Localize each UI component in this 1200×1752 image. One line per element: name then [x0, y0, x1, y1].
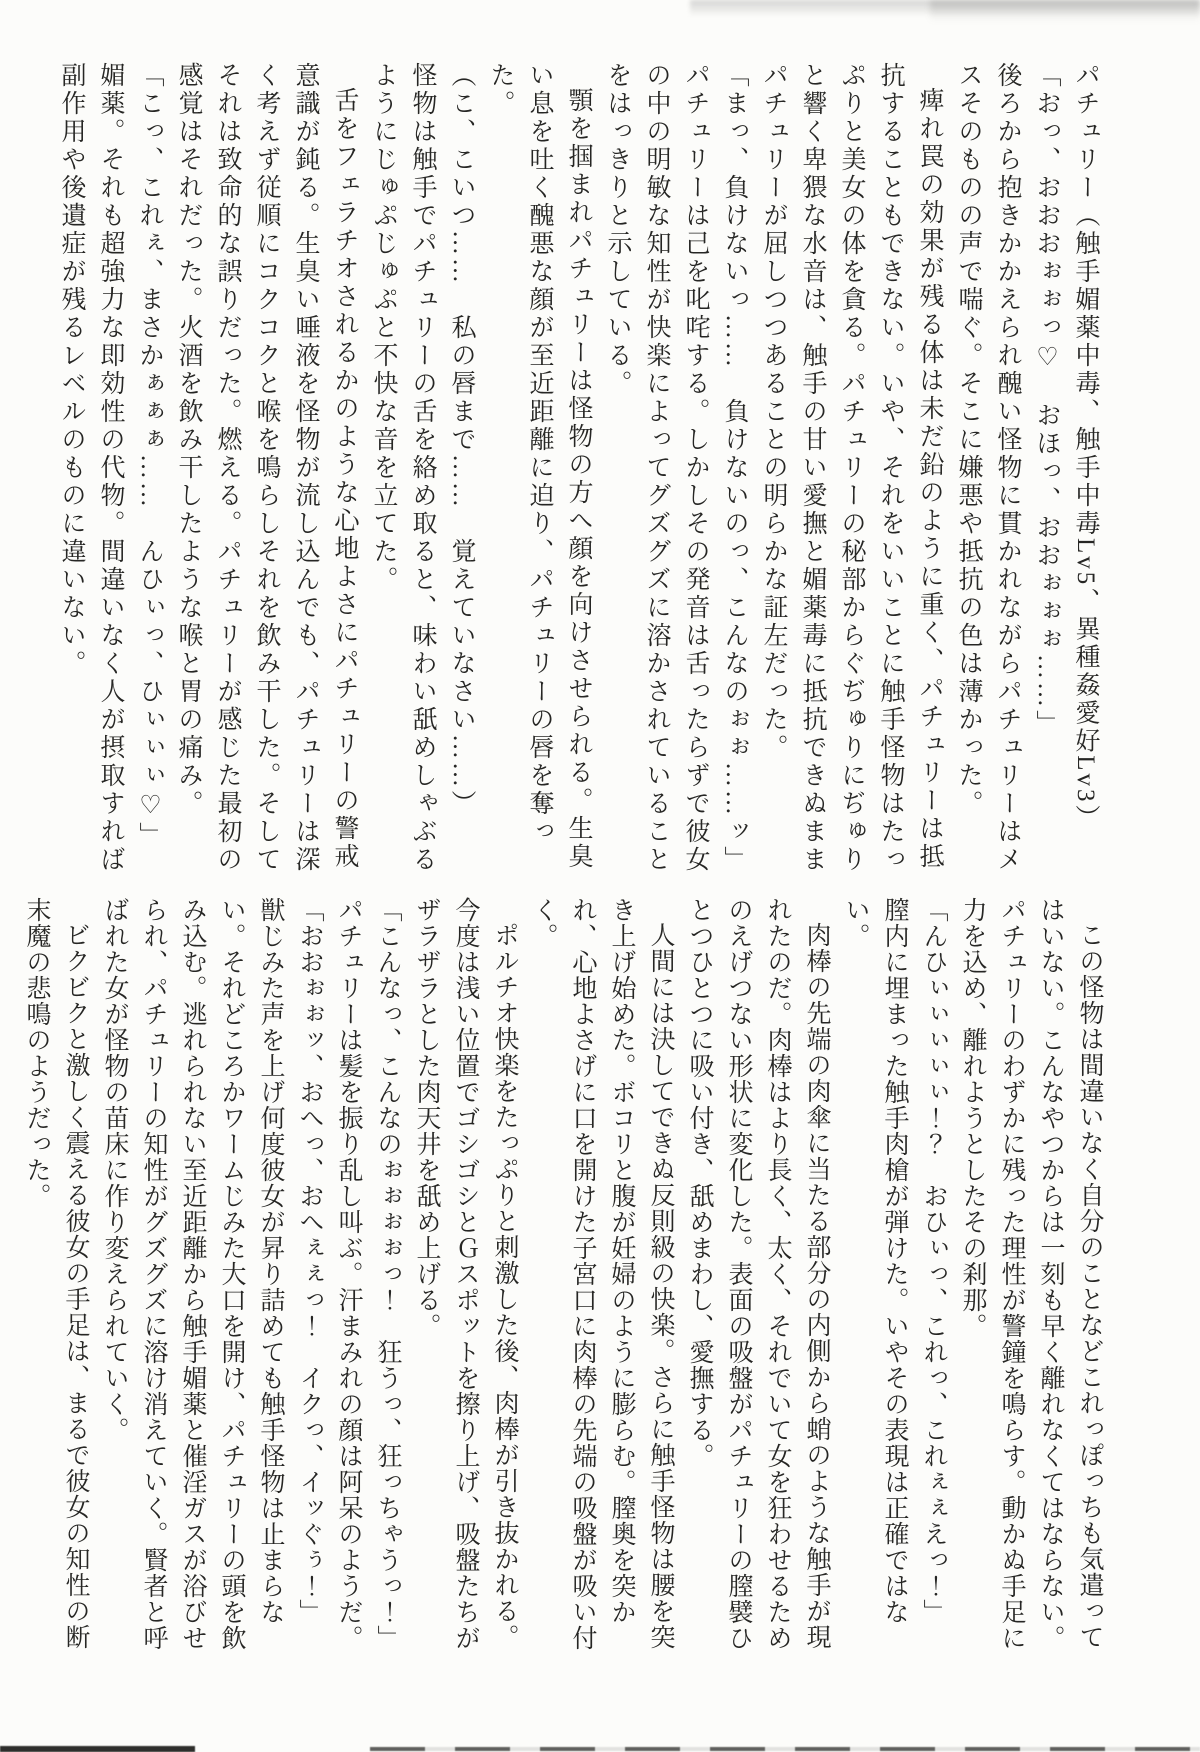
narration: パチュリーは己を叱咤する。しかしその発音は舌ったらずで彼女の中の明敏な知性が快楽… [598, 62, 715, 876]
dialogue: 「こんなっ、こんなのぉぉぉぉっ！ 狂うっ、狂っちゃうっ！」 [368, 897, 407, 1665]
section-heading: パチュリー（触手媚薬中毒、触手中毒Lv5、異種姦愛好Lv3） [1066, 62, 1105, 876]
narration: 怪物は触手でパチュリーの舌を絡め取ると、味わい舐めしゃぶるようにじゅぷじゅぷと不… [364, 62, 442, 876]
dialogue: 「おおぉぉッ、おへっ、おへぇぇっ！ イクっ、イッぐぅ！」 [290, 897, 329, 1665]
narration: 肉棒の先端の肉傘に当たる部分の内側から蛸のような触手が現れたのだ。肉棒はより長く… [680, 897, 836, 1665]
dialogue: 「こっ、これぇ、まさかぁぁぁ…… んひぃっ、ひぃぃぃ♡」 [130, 62, 169, 876]
narration: パチュリーは髪を振り乱し叫ぶ。汗まみれの顔は阿呆のようだ。 [329, 897, 368, 1665]
narration: この怪物は間違いなく自分のことなどこれっぽっちも気遣ってはいない。こんなやつから… [953, 897, 1109, 1665]
narration: 媚薬。それも超強力な即効性の代物。間違いなく人が摂取すれば副作用や後遺症が残るレ… [52, 62, 130, 876]
narration: 後ろから抱きかかえられ醜い怪物に貫かれながらパチュリーはメスそのものの声で喘ぐ。… [949, 62, 1027, 876]
text-block-top: パチュリー（触手媚薬中毒、触手中毒Lv5、異種姦愛好Lv3）「おっ、おおおぉぉっ… [52, 62, 1105, 876]
text-block-bottom: この怪物は間違いなく自分のことなどこれっぽっちも気遣ってはいない。こんなやつから… [17, 897, 1109, 1665]
narration: ビクビクと激しく震える彼女の手足は、まるで彼女の知性の断末魔の悲鳴のようだった。 [17, 897, 95, 1665]
narration: 顎を掴まれパチュリーは怪物の方へ顔を向けさせられる。生臭い息を吐く醜悪な顔が至近… [481, 62, 598, 876]
narration: ポルチオ快楽をたっぷりと刺激した後、肉棒が引き抜かれる。今度は浅い位置でゴシゴシ… [407, 897, 524, 1665]
scanned-page: パチュリー（触手媚薬中毒、触手中毒Lv5、異種姦愛好Lv3）「おっ、おおおぉぉっ… [0, 0, 1200, 1752]
narration: 人間には決してできぬ反則級の快楽。さらに触手怪物は腰を突き上げ始めた。ボコリと腹… [524, 897, 680, 1665]
dialogue: 「おっ、おおおぉぉっ♡ おほっ、おおぉぉぉ……」 [1027, 62, 1066, 876]
narration: 膣内に埋まった触手肉槍が弾けた。いやその表現は正確ではない。 [836, 897, 914, 1665]
scan-artifact-bottom-left-bar [0, 1746, 195, 1752]
dialogue: 「まっ、負けないっ…… 負けないのっ、こんなのぉぉ……ッ」 [715, 62, 754, 876]
scan-artifact-top-smudge-dark [930, 0, 1200, 22]
dialogue: 「んひぃぃぃぃぃ！？ おひぃっ、これっ、これぇぇえっ！」 [914, 897, 953, 1665]
narration: 舌をフェラチオされるかのような心地よさにパチュリーの警戒意識が鈍る。生臭い唾液を… [169, 62, 364, 876]
narration: 痺れ罠の効果が残る体は未だ鉛のように重く、パチュリーは抵抗することもできない。い… [754, 62, 949, 876]
narration: 獣じみた声を上げ何度彼女が昇り詰めても触手怪物は止まらない。それどころかワームじ… [95, 897, 290, 1665]
inner-thought: （こ、こいつ…… 私の唇まで…… 覚えていなさい……） [442, 62, 481, 876]
scan-artifact-bottom-line [370, 1747, 1200, 1751]
